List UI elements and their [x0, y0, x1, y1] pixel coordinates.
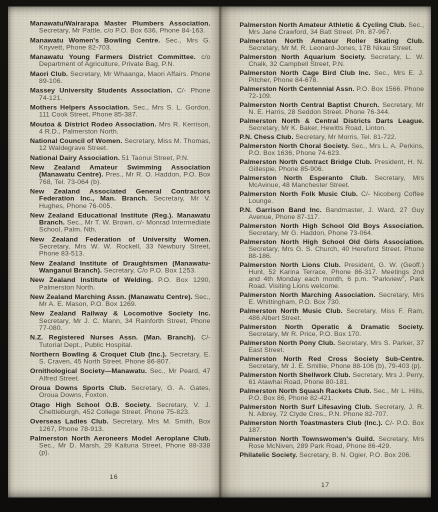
directory-entry: Palmerston North Toastmasters Club (Inc.… — [240, 420, 425, 434]
entry-details: Secretary, Mr Pattle, c/o P.O. Box 636, … — [39, 27, 205, 35]
left-page-entries: Manawatu/Wairarapa Master Plumbers Assoc… — [30, 20, 211, 456]
directory-entry: Maori Club. Secretary, Mr Whaanga, Maori… — [30, 70, 211, 84]
directory-entry: Ornithological Society—Manawatu. Sec., M… — [30, 368, 211, 382]
directory-entry: New Zealand Institute of Draughtsmen (Ma… — [30, 260, 211, 274]
left-page-number: 16 — [8, 473, 220, 481]
entry-details: Sec., Mr D. Marsh, 29 Kaituna Street, Ph… — [39, 442, 211, 457]
right-page: Palmerston North Amateur Athletic & Cycl… — [220, 7, 432, 498]
directory-entry: Palmerston North Surf Lifesaving Club. S… — [240, 404, 425, 418]
directory-entry: P.N. Chess Club. Secretary, Mr Morris, T… — [240, 134, 425, 141]
directory-entry: National Council of Women. Secretary, Mi… — [30, 138, 211, 152]
entry-details: Secretary, B. N. Ogier, P.O. Box 206. — [299, 451, 411, 459]
directory-entry: New Zealand Institute of Welding. P.O. B… — [30, 277, 211, 291]
directory-entry: Massey University Students Association. … — [30, 87, 211, 101]
entry-details: Secretary, C/o P.O. Box 1253. — [104, 266, 196, 274]
entry-details: Secretary, Mr Morris, Tel. 81-722. — [295, 133, 396, 141]
directory-entry: Philatelic Society. Secretary, B. N. Ogi… — [240, 452, 425, 459]
directory-entry: Oroua Downs Sports Club. Secretary, G. A… — [30, 385, 211, 399]
directory-entry: Palmerston North Choral Society. Sec., M… — [240, 143, 425, 157]
spine-fold-line — [220, 7, 221, 498]
entry-details: Secretary, Mr J. E. Smillie, Phone 88-10… — [249, 362, 422, 370]
entry-details: Secretary, Mr M. R. Leonard-Jones, 17B N… — [249, 44, 413, 52]
directory-entry: New Zealand Railway & Locomotive Society… — [30, 310, 211, 331]
directory-entry: Palmerston North Shellwork Club. Secreta… — [240, 372, 425, 386]
directory-entry: Palmerston North Amateur Athletic & Cycl… — [240, 22, 425, 36]
directory-entry: P.N. Garrison Band Inc. Bandmaster, J. W… — [240, 207, 425, 221]
entry-details: Secretary, Mrs G. S. Church, 40 Hereford… — [249, 245, 425, 260]
directory-entry: N.Z. Registered Nurses Assn. (Man. Branc… — [30, 334, 211, 348]
directory-entry: New Zealand Amateur Swimming Association… — [30, 164, 211, 185]
directory-entry: Palmerston North Central Baptist Church.… — [240, 102, 425, 116]
directory-entry: Palmerston North Amateur Roller Skating … — [240, 38, 425, 52]
directory-entry: Palmerston North Squash Rackets Club. Se… — [240, 388, 425, 402]
directory-entry: Palmerston North High School Old Boys As… — [240, 223, 425, 237]
directory-entry: Palmerston North High School Old Girls A… — [240, 239, 425, 260]
right-page-number: 17 — [220, 481, 432, 489]
directory-entry: Palmerston North Contract Bridge Club. P… — [240, 159, 425, 173]
directory-entry: Overseas Ladies Club. Secretary, Mrs M. … — [30, 418, 211, 432]
entry-name: National Dairy Association. — [30, 154, 120, 162]
entry-details: Secretary, Mr G. Haddon, Phone 73-064. — [249, 229, 373, 237]
entry-name: P.N. Chess Club. — [240, 133, 294, 141]
book-spread: Manawatu/Wairarapa Master Plumbers Assoc… — [8, 7, 431, 498]
directory-entry: Palmerston North Townswomen's Guild. Sec… — [240, 436, 425, 450]
scan-scale-wrapper: Manawatu/Wairarapa Master Plumbers Assoc… — [0, 0, 438, 512]
directory-entry: New Zealand Marching Assn. (Manawatu Cen… — [30, 293, 211, 307]
directory-entry: Moutoa & District Rodeo Association. Mrs… — [30, 121, 211, 135]
directory-entry: Palmerston North Folk Music Club. C/- Ni… — [240, 191, 425, 205]
directory-entry: Palmerston North Aeroneers Model Aeropla… — [30, 435, 211, 456]
directory-entry: Manawatu Women's Bowling Centre. Sec., M… — [30, 37, 211, 51]
entry-details: Secretary, Mrs W. W. Rockell, 33 Newbury… — [39, 243, 211, 258]
directory-entry: Palmerston North Lions Club. President, … — [240, 262, 425, 290]
entry-details: 51 Taonui Street, P.N. — [122, 154, 189, 162]
left-page: Manawatu/Wairarapa Master Plumbers Assoc… — [8, 7, 220, 498]
directory-entry: Otago High School O.B. Society. Secretar… — [30, 401, 211, 415]
directory-entry: Palmerston North Pony Club. Secretary, M… — [240, 340, 425, 354]
directory-entry: Palmerston North & Central Districts Dar… — [240, 118, 425, 132]
right-page-entries: Palmerston North Amateur Athletic & Cycl… — [240, 22, 425, 459]
entry-name: Philatelic Society. — [240, 451, 298, 459]
directory-entry: Palmerston North Marching Association. S… — [240, 292, 425, 306]
directory-entry: Palmerston North Centennial Assn. P.O. B… — [240, 86, 425, 100]
directory-entry: Mothers Helpers Association. Sec., Mrs S… — [30, 104, 211, 118]
entry-details: Secretary, Mr R. Price, P.O. Box 170. — [249, 330, 362, 338]
directory-entry: Palmerston North Operatic & Dramatic Soc… — [240, 324, 425, 338]
entry-details: Sec., Mr T. W. Brown, c/- Monrad Interme… — [39, 219, 211, 234]
directory-entry: New Zealand Federation of University Wom… — [30, 236, 211, 257]
directory-entry: New Zealand Associated General Contracto… — [30, 188, 211, 209]
directory-entry: Palmerston North Aquarium Society. Secre… — [240, 54, 425, 68]
directory-entry: Manawatu Young Farmers District Committe… — [30, 54, 211, 68]
directory-entry: Palmerston North Red Cross Society Sub-C… — [240, 356, 425, 370]
directory-entry: Northern Bowling & Croquet Club (Inc.). … — [30, 351, 211, 365]
entry-details: Secretary, Mr J. C. Mann, 34 Rainforth S… — [39, 317, 211, 332]
directory-entry: Palmerston North Cage Bird Club Inc. Sec… — [240, 70, 425, 84]
directory-entry: Manawatu/Wairarapa Master Plumbers Assoc… — [30, 20, 211, 34]
directory-entry: Palmerston North Esperanto Club. Secreta… — [240, 175, 425, 189]
entry-details: Secretary, Mr K. Baker, Hewitts Road, Li… — [249, 124, 387, 132]
directory-entry: New Zealand Educational Institute (Reg.)… — [30, 212, 211, 233]
directory-entry: National Dairy Association. 51 Taonui St… — [30, 154, 211, 161]
directory-entry: Palmerston North Music Club. Secretary, … — [240, 308, 425, 322]
scanned-directory-spread: { "document": { "kind": "directory-of-as… — [0, 0, 438, 512]
